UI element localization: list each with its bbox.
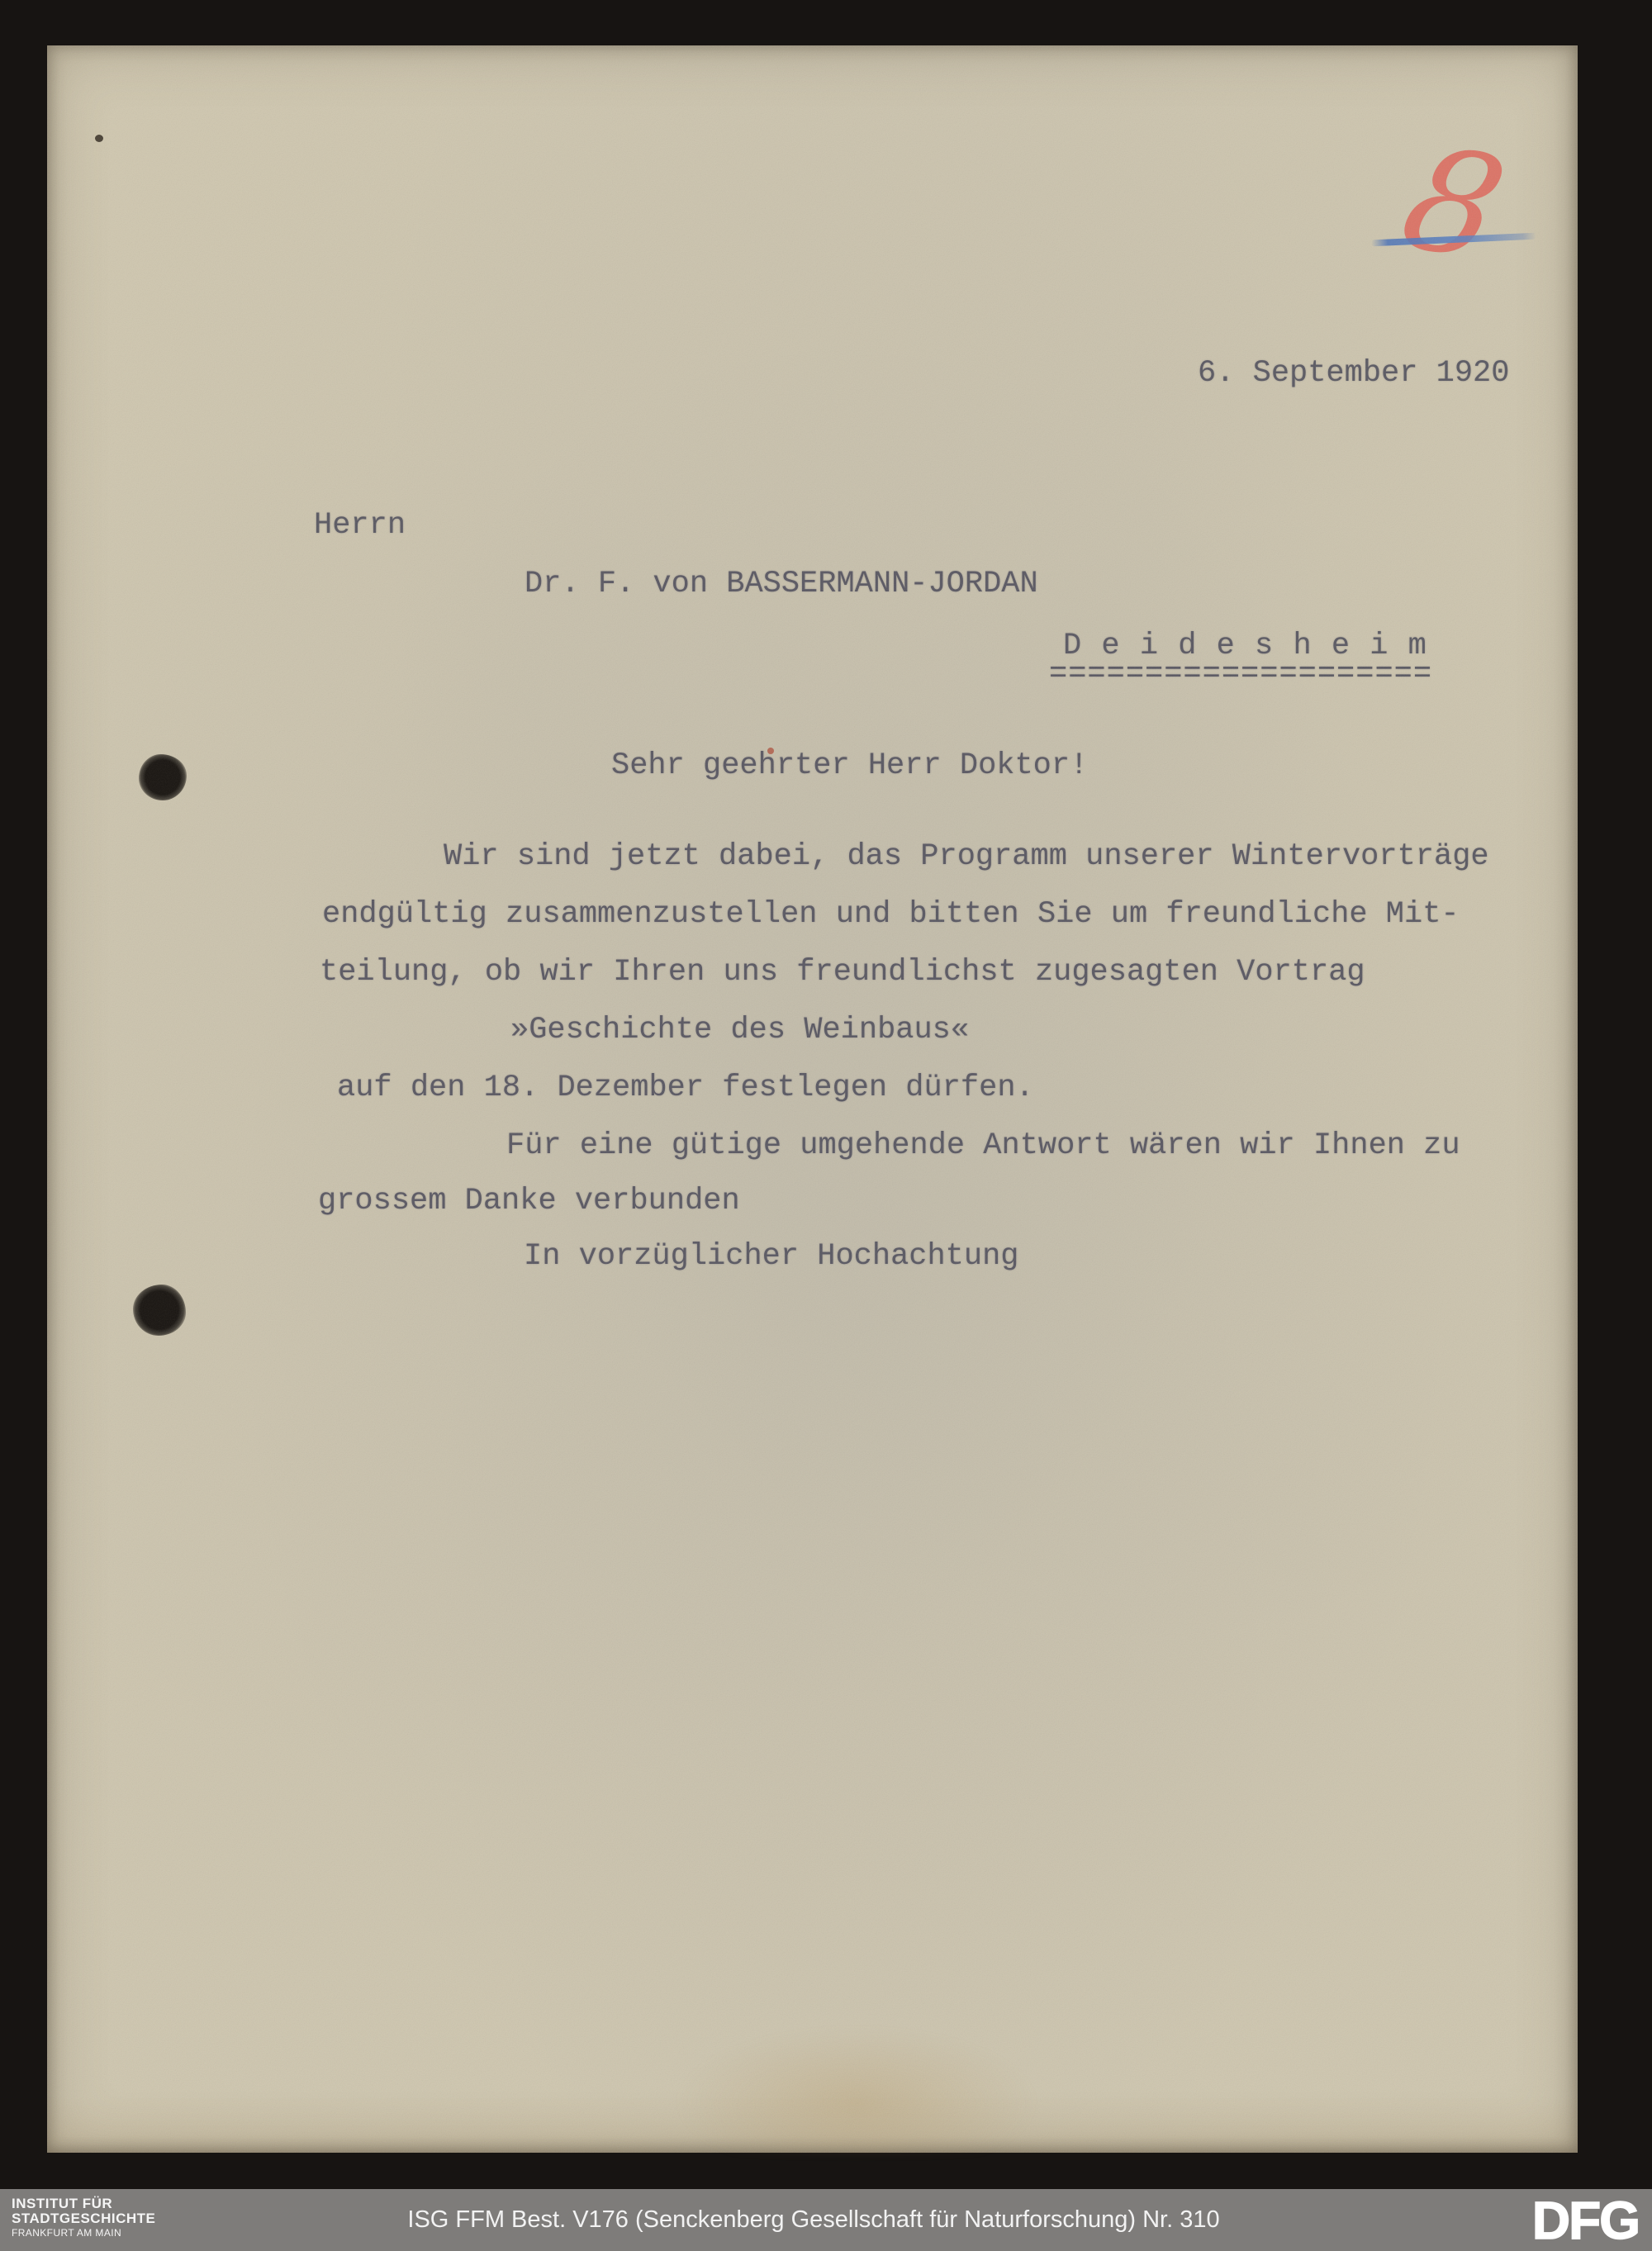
letter-body-line: grossem Danke verbunden (318, 1181, 740, 1221)
punch-hole-top (139, 754, 187, 800)
letter-recipient-name: Dr. F. von BASSERMANN-JORDAN (525, 564, 1038, 604)
letter-body-line: In vorzüglicher Hochachtung (524, 1237, 1019, 1276)
letter-body-line: auf den 18. Dezember festlegen dürfen. (337, 1068, 1034, 1108)
letter-body-line: teilung, ob wir Ihren uns freundlichst z… (320, 952, 1365, 992)
punch-hole-bottom (133, 1285, 186, 1336)
caption-bar: INSTITUT FÜR STADTGESCHICHTE FRANKFURT A… (0, 2189, 1652, 2251)
archival-number-mark: 8 (1389, 127, 1517, 280)
letter-body-line: Wir sind jetzt dabei, das Programm unser… (444, 837, 1489, 876)
archive-caption: ISG FFM Best. V176 (Senckenberg Gesellsc… (0, 2189, 1627, 2251)
scan-background: 8 6. September 1920 Herrn Dr. F. von BAS… (0, 0, 1652, 2251)
letter-body-line: »Geschichte des Weinbaus« (510, 1010, 969, 1050)
letter-greeting: Sehr geehrter Herr Doktor! (611, 746, 1088, 786)
letter-body-line: Für eine gütige umgehende Antwort wären … (506, 1126, 1460, 1166)
letter-place-underline: ==================== (1049, 654, 1432, 694)
paper-speck (95, 135, 103, 142)
letter-date: 6. September 1920 (1198, 354, 1509, 393)
letter-body-line: endgültig zusammenzustellen und bitten S… (322, 895, 1460, 934)
dfg-logo: DFG (1532, 2189, 1639, 2251)
letter-page: 8 6. September 1920 Herrn Dr. F. von BAS… (47, 45, 1578, 2153)
letter-address-prefix: Herrn (314, 506, 406, 545)
paper-stain (675, 2028, 1038, 2152)
